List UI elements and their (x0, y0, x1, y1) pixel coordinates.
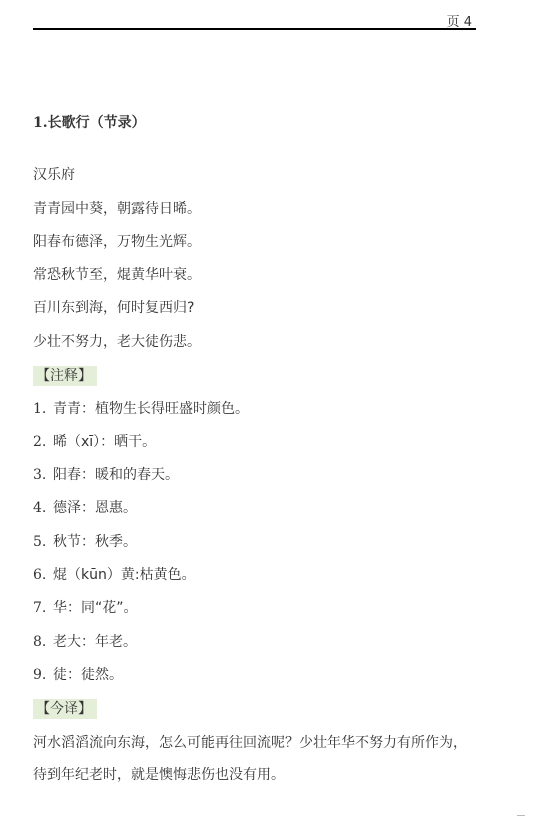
poem-line: 百川东到海，何时复西归? (33, 298, 194, 318)
note-text: 青青：植物生长得旺盛时颜色。 (53, 401, 249, 417)
note-item: 4.德泽：恩惠。 (33, 498, 137, 518)
note-number: 5. (33, 532, 53, 552)
note-number: 9. (33, 665, 53, 685)
note-number: 8. (33, 632, 53, 652)
note-text: 晞（xī）：晒干。 (53, 434, 156, 450)
notes-label: 【注释】 (33, 366, 97, 386)
note-text: 老大：年老。 (53, 634, 137, 650)
poem-line: 常恐秋节至，焜黄华叶衰。 (33, 265, 201, 285)
note-text: 秋节：秋季。 (53, 534, 137, 550)
page-header: 页 4 (33, 0, 476, 30)
section-title: 1.长歌行（节录） (33, 112, 146, 132)
note-item: 6.焜（kūn）黄:枯黄色。 (33, 565, 196, 585)
note-number: 4. (33, 498, 53, 518)
translation-line: 河水滔滔流向东海，怎么可能再往回流呢？少壮年华不努力有所作为， (33, 733, 467, 753)
poem-line: 青青园中葵，朝露待日晞。 (33, 199, 201, 219)
translation-label: 【今译】 (33, 699, 97, 719)
note-text: 徒：徒然。 (53, 667, 123, 683)
note-text: 华：同“花”。 (53, 600, 138, 616)
note-text: 德泽：恩惠。 (53, 500, 137, 516)
note-item: 8.老大：年老。 (33, 632, 137, 652)
note-item: 7.华：同“花”。 (33, 598, 138, 618)
page-corner-mark (517, 815, 525, 816)
poem-author: 汉乐府 (33, 165, 75, 185)
note-item: 3.阳春：暖和的春天。 (33, 465, 179, 485)
note-item: 1.青青：植物生长得旺盛时颜色。 (33, 399, 249, 419)
note-number: 1. (33, 399, 53, 419)
note-number: 3. (33, 465, 53, 485)
note-number: 7. (33, 598, 53, 618)
note-number: 2. (33, 432, 53, 452)
note-number: 6. (33, 565, 53, 585)
poem-line: 少壮不努力，老大徒伤悲。 (33, 332, 201, 352)
note-item: 2.晞（xī）：晒干。 (33, 432, 156, 452)
page-number: 页 4 (447, 11, 472, 30)
poem-line: 阳春布德泽，万物生光辉。 (33, 232, 201, 252)
note-text: 焜（kūn）黄:枯黄色。 (53, 567, 196, 583)
note-item: 9.徒：徒然。 (33, 665, 123, 685)
translation-line: 待到年纪老时，就是懊悔悲伤也没有用。 (33, 765, 285, 785)
note-text: 阳春：暖和的春天。 (53, 467, 179, 483)
note-item: 5.秋节：秋季。 (33, 532, 137, 552)
